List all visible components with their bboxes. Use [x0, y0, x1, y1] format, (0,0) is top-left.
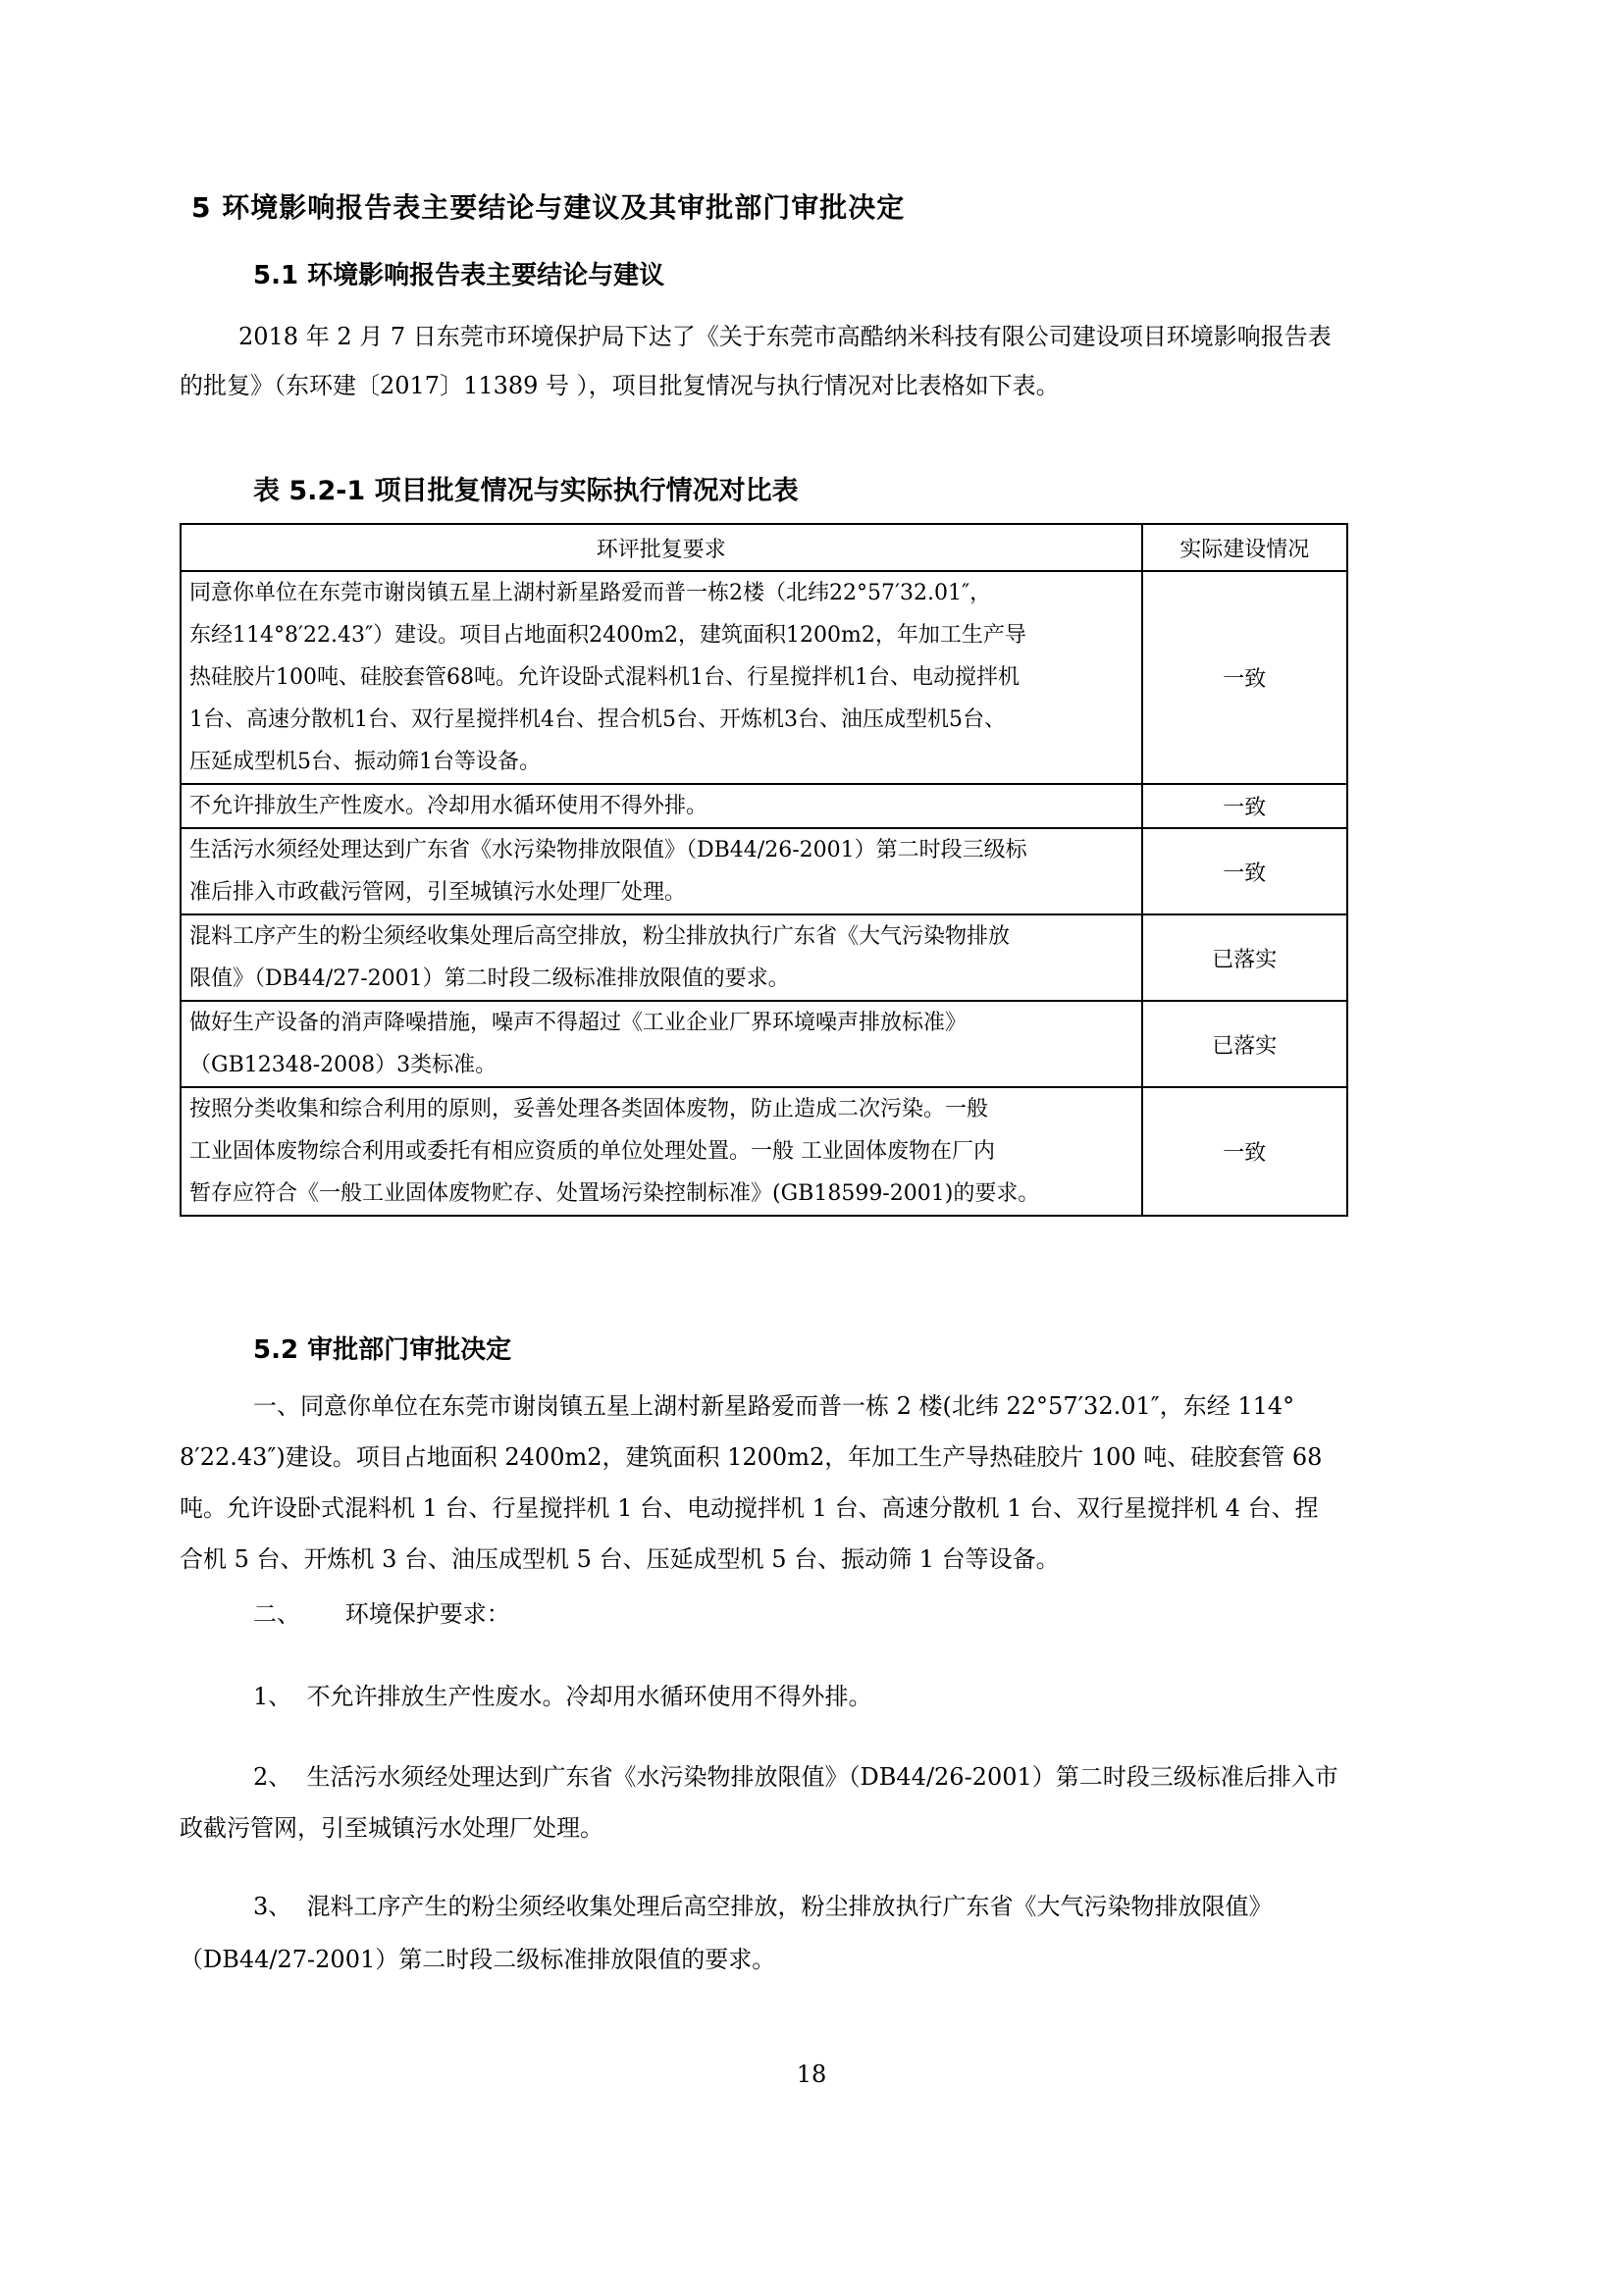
requirement-line: 生活污水须经处理达到广东省《水污染物排放限值》（DB44/26-2001）第二时…: [189, 829, 1133, 871]
decision-line-2: 8′22.43″)建设。项目占地面积 2400m2，建筑面积 1200m2，年加…: [180, 1433, 1322, 1482]
status-cell: 一致: [1142, 784, 1347, 828]
env-requirements-heading: 二、 环境保护要求：: [253, 1590, 510, 1639]
requirement-line: （GB12348-2008）3类标准。: [189, 1044, 1133, 1086]
decision-line-1: 一、同意你单位在东莞市谢岗镇五星上湖村新星路爱而普一栋 2 楼(北纬 22°57…: [253, 1382, 1294, 1431]
intro-line-1: 2018 年 2 月 7 日东莞市环境保护局下达了《关于东莞市高酷纳米科技有限公…: [238, 312, 1332, 361]
header-status: 实际建设情况: [1142, 524, 1347, 571]
table-row: 不允许排放生产性废水。冷却用水循环使用不得外排。 一致: [181, 784, 1347, 828]
requirement-line: 东经114°8′22.43″）建设。项目占地面积2400m2，建筑面积1200m…: [189, 614, 1133, 656]
requirement-line: 准后排入市政截污管网，引至城镇污水处理厂处理。: [189, 871, 1133, 913]
status-cell: 一致: [1142, 828, 1347, 914]
page-number: 18: [0, 2061, 1623, 2088]
requirement-line: 混料工序产生的粉尘须经收集处理后高空排放，粉尘排放执行广东省《大气污染物排放: [189, 915, 1133, 958]
requirement-line: 按照分类收集和综合利用的原则，妥善处理各类固体废物，防止造成二次污染。一般: [189, 1088, 1133, 1130]
status-cell: 一致: [1142, 1087, 1347, 1216]
chapter-heading: 5 环境影响报告表主要结论与建议及其审批部门审批决定: [191, 186, 905, 226]
requirement-line: 不允许排放生产性废水。冷却用水循环使用不得外排。: [189, 785, 1133, 827]
table-row: 混料工序产生的粉尘须经收集处理后高空排放，粉尘排放执行广东省《大气污染物排放 限…: [181, 914, 1347, 1001]
decision-line-4: 合机 5 台、开炼机 3 台、油压成型机 5 台、压延成型机 5 台、振动筛 1…: [180, 1535, 1060, 1584]
requirement-cell: 生活污水须经处理达到广东省《水污染物排放限值》（DB44/26-2001）第二时…: [181, 828, 1142, 914]
status-cell: 已落实: [1142, 914, 1347, 1001]
section-5-2-title: 5.2 审批部门审批决定: [253, 1330, 511, 1366]
env-item-2-line-1: 2、 生活污水须经处理达到广东省《水污染物排放限值》（DB44/26-2001）…: [253, 1752, 1338, 1801]
requirement-line: 压延成型机5台、振动筛1台等设备。: [189, 741, 1133, 783]
intro-line-2: 的批复》（东环建〔2017〕11389 号 ），项目批复情况与执行情况对比表格如…: [180, 361, 1060, 410]
requirement-line: 1台、高速分散机1台、双行星搅拌机4台、捏合机5台、开炼机3台、油压成型机5台、: [189, 699, 1133, 741]
status-cell: 一致: [1142, 571, 1347, 784]
table-row: 同意你单位在东莞市谢岗镇五星上湖村新星路爱而普一栋2楼（北纬22°57′32.0…: [181, 571, 1347, 784]
requirement-line: 限值》（DB44/27-2001）第二时段二级标准排放限值的要求。: [189, 958, 1133, 1000]
table-row: 生活污水须经处理达到广东省《水污染物排放限值》（DB44/26-2001）第二时…: [181, 828, 1347, 914]
table-header-row: 环评批复要求 实际建设情况: [181, 524, 1347, 571]
env-item-3-line-1: 3、 混料工序产生的粉尘须经收集处理后高空排放，粉尘排放执行广东省《大气污染物排…: [253, 1882, 1273, 1931]
requirement-line: 工业固体废物综合利用或委托有相应资质的单位处理处置。一般 工业固体废物在厂内: [189, 1130, 1133, 1173]
requirement-line: 热硅胶片100吨、硅胶套管68吨。允许设卧式混料机1台、行星搅拌机1台、电动搅拌…: [189, 656, 1133, 699]
requirement-cell: 做好生产设备的消声降噪措施，噪声不得超过《工业企业厂界环境噪声排放标准》 （GB…: [181, 1001, 1142, 1087]
requirement-line: 同意你单位在东莞市谢岗镇五星上湖村新星路爱而普一栋2楼（北纬22°57′32.0…: [189, 572, 1133, 614]
env-item-3-line-2: （DB44/27-2001）第二时段二级标准排放限值的要求。: [180, 1935, 775, 1984]
table-row: 按照分类收集和综合利用的原则，妥善处理各类固体废物，防止造成二次污染。一般 工业…: [181, 1087, 1347, 1216]
table-caption: 表 5.2-1 项目批复情况与实际执行情况对比表: [253, 469, 799, 507]
env-item-1: 1、 不允许排放生产性废水。冷却用水循环使用不得外排。: [253, 1672, 872, 1721]
requirement-cell: 混料工序产生的粉尘须经收集处理后高空排放，粉尘排放执行广东省《大气污染物排放 限…: [181, 914, 1142, 1001]
requirement-line: 做好生产设备的消声降噪措施，噪声不得超过《工业企业厂界环境噪声排放标准》: [189, 1002, 1133, 1044]
env-item-2-line-2: 政截污管网，引至城镇污水处理厂处理。: [180, 1803, 603, 1852]
decision-line-3: 吨。允许设卧式混料机 1 台、行星搅拌机 1 台、电动搅拌机 1 台、高速分散机…: [180, 1484, 1319, 1533]
table-row: 做好生产设备的消声降噪措施，噪声不得超过《工业企业厂界环境噪声排放标准》 （GB…: [181, 1001, 1347, 1087]
requirement-cell: 同意你单位在东莞市谢岗镇五星上湖村新星路爱而普一栋2楼（北纬22°57′32.0…: [181, 571, 1142, 784]
requirement-line: 暂存应符合《一般工业固体废物贮存、处置场污染控制标准》(GB18599-2001…: [189, 1173, 1133, 1215]
requirement-cell: 不允许排放生产性废水。冷却用水循环使用不得外排。: [181, 784, 1142, 828]
comparison-table: 环评批复要求 实际建设情况 同意你单位在东莞市谢岗镇五星上湖村新星路爱而普一栋2…: [180, 523, 1348, 1217]
requirement-cell: 按照分类收集和综合利用的原则，妥善处理各类固体废物，防止造成二次污染。一般 工业…: [181, 1087, 1142, 1216]
status-cell: 已落实: [1142, 1001, 1347, 1087]
section-5-1-title: 5.1 环境影响报告表主要结论与建议: [253, 255, 664, 291]
header-requirement: 环评批复要求: [181, 524, 1142, 571]
